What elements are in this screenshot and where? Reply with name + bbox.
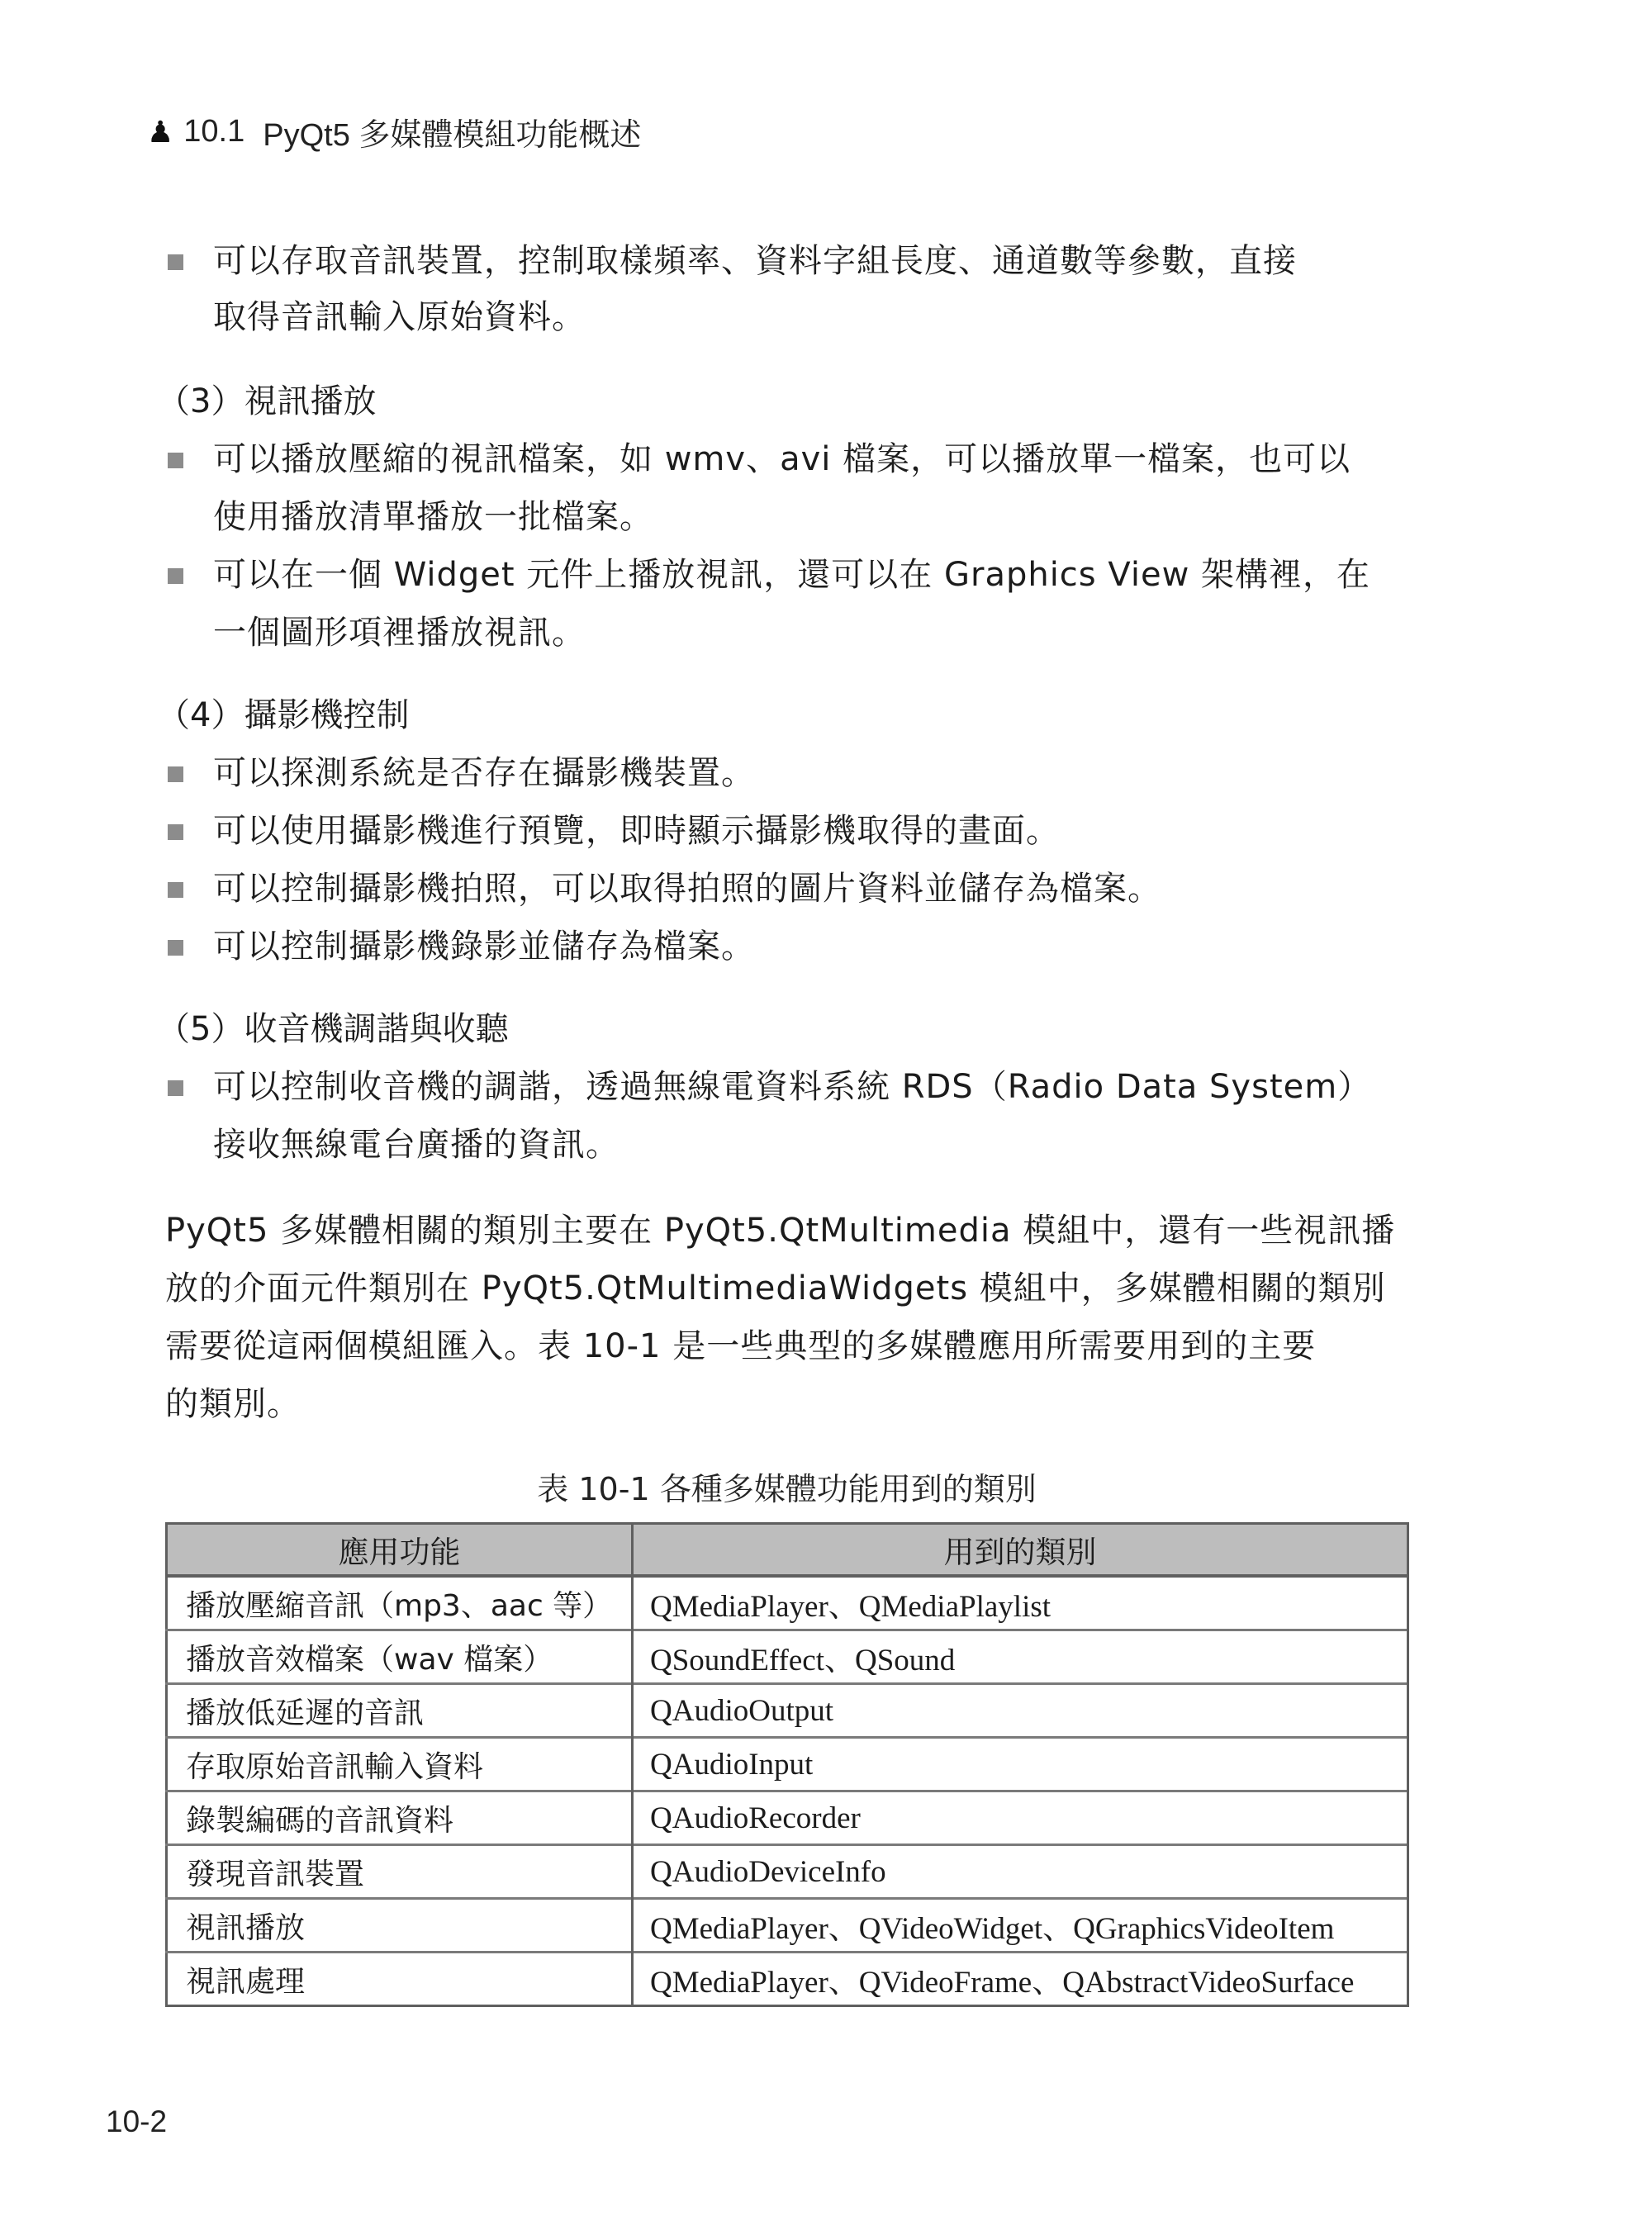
bullet-square-icon xyxy=(168,1080,183,1096)
table-row: 視訊處理 QMediaPlayer、QVideoFrame、QAbstractV… xyxy=(167,1953,1408,2006)
feature-cell: 視訊播放 xyxy=(167,1899,633,1953)
classes-cell: QMediaPlayer、QVideoWidget、QGraphicsVideo… xyxy=(633,1899,1408,1953)
bullet-text: 可以存取音訊裝置，控制取樣頻率、資料字組長度、通道數等參數，直接 xyxy=(213,241,1297,281)
running-header: ♟ 10.1 PyQt5 多媒體模組功能概述 xyxy=(147,109,641,154)
table-header-row: 應用功能 用到的類別 xyxy=(167,1524,1408,1577)
table-row: 播放低延遲的音訊 QAudioOutput xyxy=(167,1684,1408,1738)
classes-cell: QAudioInput xyxy=(633,1738,1408,1791)
bullet-text: 可以使用攝影機進行預覽，即時顯示攝影機取得的畫面。 xyxy=(213,811,1060,851)
paragraph-line: 放的介面元件類別在 PyQt5.QtMultimediaWidgets 模組中，… xyxy=(165,1269,1386,1308)
classes-cell: QMediaPlayer、QVideoFrame、QAbstractVideoS… xyxy=(633,1953,1408,2006)
subsection-heading: （3）視訊播放 xyxy=(157,382,376,421)
bullet-text: 可以控制攝影機錄影並儲存為檔案。 xyxy=(213,927,755,966)
paragraph-line: PyQt5 多媒體相關的類別主要在 PyQt5.QtMultimedia 模組中… xyxy=(165,1211,1395,1250)
bullet-text: 可以在一個 Widget 元件上播放視訊，還可以在 Graphics View … xyxy=(213,555,1370,595)
table-caption: 表 10-1 各種多媒體功能用到的類別 xyxy=(0,1464,1574,1509)
bullet-square-icon xyxy=(168,940,183,956)
bullet-text: 取得音訊輸入原始資料。 xyxy=(213,297,586,337)
bullet-text: 一個圖形項裡播放視訊。 xyxy=(213,613,586,652)
subsection-heading: （4）攝影機控制 xyxy=(157,695,409,735)
bullet-square-icon xyxy=(168,766,183,782)
feature-cell: 播放音效檔案（wav 檔案） xyxy=(167,1630,633,1684)
bullet-text: 接收無線電台廣播的資訊。 xyxy=(213,1125,619,1165)
table-row: 視訊播放 QMediaPlayer、QVideoWidget、QGraphics… xyxy=(167,1899,1408,1953)
bullet-text: 可以播放壓縮的視訊檔案，如 wmv、avi 檔案，可以播放單一檔案，也可以 xyxy=(213,439,1351,479)
column-header: 應用功能 xyxy=(167,1524,633,1577)
column-header: 用到的類別 xyxy=(633,1524,1408,1577)
bullet-square-icon xyxy=(168,882,183,898)
classes-cell: QSoundEffect、QSound xyxy=(633,1630,1408,1684)
feature-cell: 視訊處理 xyxy=(167,1953,633,2006)
feature-cell: 播放壓縮音訊（mp3、aac 等） xyxy=(167,1576,633,1630)
page-number: 10-2 xyxy=(106,2105,167,2139)
feature-cell: 發現音訊裝置 xyxy=(167,1845,633,1899)
table-row: 存取原始音訊輸入資料 QAudioInput xyxy=(167,1738,1408,1791)
bullet-square-icon xyxy=(168,254,183,270)
subsection-heading: （5）收音機調諧與收聽 xyxy=(157,1009,508,1049)
classes-table: 應用功能 用到的類別 播放壓縮音訊（mp3、aac 等） QMediaPlaye… xyxy=(165,1522,1409,2007)
pawn-icon: ♟ xyxy=(147,115,173,149)
classes-cell: QAudioRecorder xyxy=(633,1791,1408,1845)
feature-cell: 錄製編碼的音訊資料 xyxy=(167,1791,633,1845)
section-number: 10.1 xyxy=(183,114,244,149)
classes-cell: QMediaPlayer、QMediaPlaylist xyxy=(633,1576,1408,1630)
paragraph-line: 的類別。 xyxy=(165,1384,301,1424)
paragraph-line: 需要從這兩個模組匯入。表 10-1 是一些典型的多媒體應用所需要用到的主要 xyxy=(165,1326,1316,1366)
bullet-text: 可以探測系統是否存在攝影機裝置。 xyxy=(213,753,755,793)
bullet-square-icon xyxy=(168,453,183,468)
bullet-text: 可以控制攝影機拍照，可以取得拍照的圖片資料並儲存為檔案。 xyxy=(213,869,1161,909)
bullet-square-icon xyxy=(168,824,183,840)
bullet-text: 可以控制收音機的調諧，透過無線電資料系統 RDS（Radio Data Syst… xyxy=(213,1067,1371,1107)
section-title: PyQt5 多媒體模組功能概述 xyxy=(263,109,641,154)
table-row: 錄製編碼的音訊資料 QAudioRecorder xyxy=(167,1791,1408,1845)
feature-cell: 存取原始音訊輸入資料 xyxy=(167,1738,633,1791)
bullet-text: 使用播放清單播放一批檔案。 xyxy=(213,497,653,537)
table-row: 播放音效檔案（wav 檔案） QSoundEffect、QSound xyxy=(167,1630,1408,1684)
bullet-square-icon xyxy=(168,568,183,584)
feature-cell: 播放低延遲的音訊 xyxy=(167,1684,633,1738)
table-row: 發現音訊裝置 QAudioDeviceInfo xyxy=(167,1845,1408,1899)
classes-cell: QAudioDeviceInfo xyxy=(633,1845,1408,1899)
classes-cell: QAudioOutput xyxy=(633,1684,1408,1738)
table-row: 播放壓縮音訊（mp3、aac 等） QMediaPlayer、QMediaPla… xyxy=(167,1576,1408,1630)
